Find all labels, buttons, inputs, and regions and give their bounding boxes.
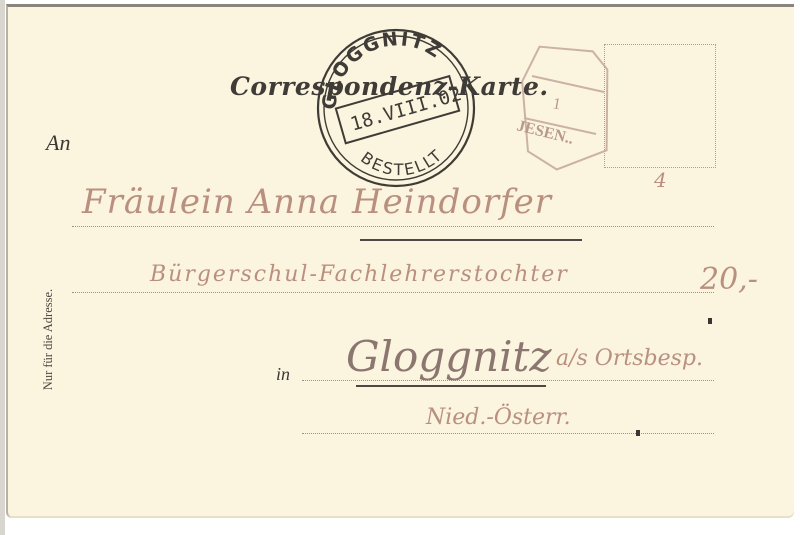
corner-mark: 4 — [654, 168, 667, 192]
gloggnitz-postmark: GLOGGNITZ BESTELLT 18.VIII.02 — [308, 22, 484, 188]
recipient-city: Gloggnitz — [346, 332, 552, 381]
secondary-postmark-icon: 1 JESEN.. — [508, 36, 618, 176]
recipient-city-suffix: a/s Ortsbesp. — [556, 346, 703, 371]
ink-speck-2 — [636, 430, 640, 436]
address-only-note-text: Nur für die Adresse. — [41, 257, 56, 422]
address-line-2 — [72, 292, 714, 293]
address-prefix: An — [46, 130, 70, 156]
recipient-name-underline — [360, 239, 582, 241]
scan-edge — [0, 0, 5, 535]
city-prefix: in — [276, 364, 290, 385]
recipient-city-underline — [356, 385, 546, 387]
svg-text:1: 1 — [551, 95, 562, 113]
svg-text:18.VIII.02: 18.VIII.02 — [348, 83, 464, 136]
recipient-region: Nied.-Österr. — [426, 405, 571, 430]
svg-text:BESTELLT: BESTELLT — [357, 145, 446, 179]
ink-speck — [708, 318, 712, 324]
address-line-4 — [302, 433, 714, 434]
recipient-name: Fräulein Anna Heindorfer — [82, 182, 552, 222]
stamp-placeholder-box — [604, 44, 716, 168]
secondary-postmark: 1 JESEN.. — [508, 36, 618, 176]
recipient-occupation: Bürgerschul-Fachlehrerstochter — [150, 262, 569, 287]
address-only-note: Nur für die Adresse. — [38, 258, 54, 423]
postmark-icon: GLOGGNITZ BESTELLT 18.VIII.02 — [308, 22, 484, 188]
amount-note: 20,- — [700, 262, 758, 297]
address-line-1 — [72, 226, 714, 227]
